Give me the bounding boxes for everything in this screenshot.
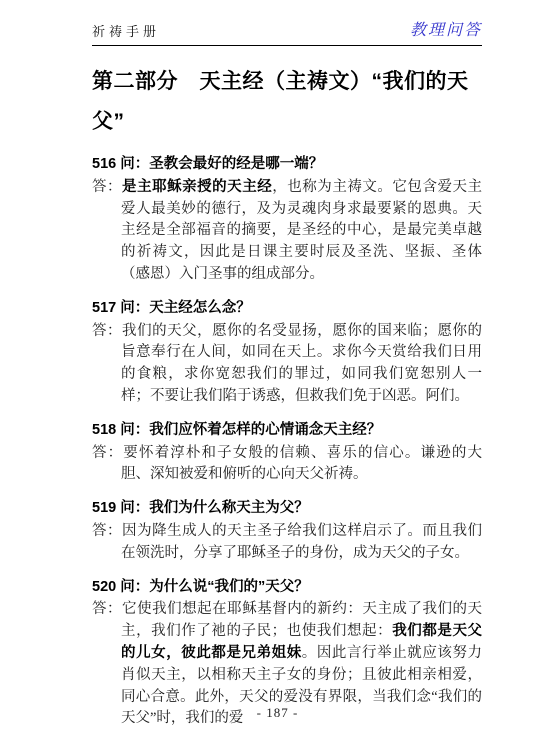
question-520: 520 问：为什么说“我们的”天父？ <box>92 577 482 599</box>
answer-segment-bold: 是主耶稣亲授的天主经 <box>122 179 272 195</box>
page-content: 祈祷手册 教理问答 第二部分 天主经（主祷文）“我们的天父” 516 问：圣教会… <box>92 0 482 730</box>
header-section-title: 教理问答 <box>410 17 482 40</box>
qa-item-516: 516 问：圣教会最好的经是哪一端？ 答：是主耶稣亲授的天主经，也称为主祷文。它… <box>92 154 482 286</box>
question-519: 519 问：我们为什么称天主为父？ <box>92 498 482 520</box>
header-book-title: 祈祷手册 <box>92 21 160 40</box>
page-number: - 187 - <box>0 705 555 721</box>
page-header: 祈祷手册 教理问答 <box>92 0 482 46</box>
answer-label: 答： <box>92 179 122 195</box>
answer-label: 答： <box>92 523 122 539</box>
answer-label: 答： <box>92 445 123 461</box>
question-518: 518 问：我们应怀着怎样的心情诵念天主经？ <box>92 420 482 442</box>
answer-label: 答： <box>92 601 122 617</box>
qa-item-518: 518 问：我们应怀着怎样的心情诵念天主经？ 答：要怀着淳朴和子女般的信赖、喜乐… <box>92 420 482 486</box>
question-516: 516 问：圣教会最好的经是哪一端？ <box>92 154 482 176</box>
answer-label: 答： <box>92 323 122 339</box>
answer-517: 答：我们的天父，愿你的名受显扬，愿你的国来临；愿你的旨意奉行在人间，如同在天上。… <box>92 321 482 408</box>
answer-segment: 我们的天父，愿你的名受显扬，愿你的国来临；愿你的旨意奉行在人间，如同在天上。求你… <box>121 323 482 404</box>
question-517: 517 问：天主经怎么念？ <box>92 298 482 320</box>
page-title: 第二部分 天主经（主祷文）“我们的天父” <box>92 62 482 142</box>
document-page: 祈祷手册 教理问答 第二部分 天主经（主祷文）“我们的天父” 516 问：圣教会… <box>0 0 555 734</box>
answer-segment: 要怀着淳朴和子女般的信赖、喜乐的信心。谦逊的大胆、深知被爱和俯听的心向天父祈祷。 <box>121 445 482 483</box>
qa-item-519: 519 问：我们为什么称天主为父？ 答：因为降生成人的天主圣子给我们这样启示了。… <box>92 498 482 564</box>
answer-segment: 因为降生成人的天主圣子给我们这样启示了。而且我们在领洗时，分享了耶稣圣子的身份，… <box>121 523 482 561</box>
answer-519: 答：因为降生成人的天主圣子给我们这样启示了。而且我们在领洗时，分享了耶稣圣子的身… <box>92 521 482 565</box>
answer-516: 答：是主耶稣亲授的天主经，也称为主祷文。它包含爱天主爱人最美妙的德行，及为灵魂肉… <box>92 177 482 286</box>
qa-list: 516 问：圣教会最好的经是哪一端？ 答：是主耶稣亲授的天主经，也称为主祷文。它… <box>92 154 482 730</box>
qa-item-517: 517 问：天主经怎么念？ 答：我们的天父，愿你的名受显扬，愿你的国来临；愿你的… <box>92 298 482 408</box>
answer-518: 答：要怀着淳朴和子女般的信赖、喜乐的信心。谦逊的大胆、深知被爱和俯听的心向天父祈… <box>92 443 482 487</box>
